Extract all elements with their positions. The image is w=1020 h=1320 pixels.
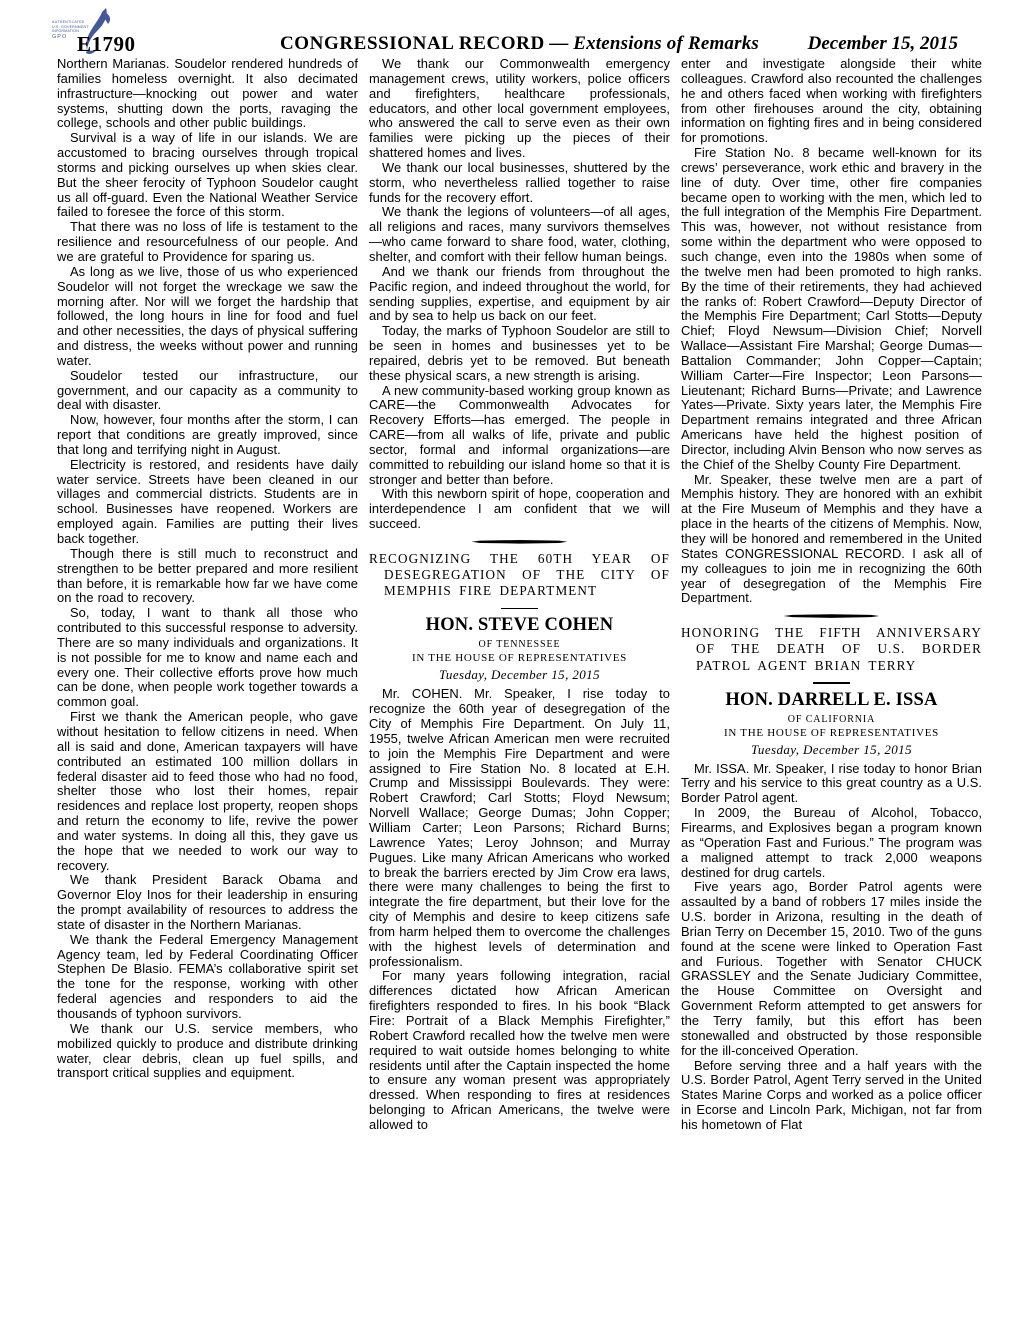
member-state: OF CALIFORNIA: [681, 714, 982, 725]
running-head: E1790 CONGRESSIONAL RECORD — Extensions …: [57, 30, 982, 58]
heading-rule: [501, 608, 538, 610]
article-separator: [472, 540, 568, 544]
paragraph: enter and investigate alongside their wh…: [681, 57, 982, 146]
title-dash: —: [545, 33, 573, 54]
member-state: OF TENNESSEE: [369, 639, 670, 650]
column-1: Northern Marianas. Soudelor rendered hun…: [57, 57, 358, 1319]
paragraph: We thank the Federal Emergency Managemen…: [57, 933, 358, 1022]
paragraph: We thank President Barack Obama and Gove…: [57, 873, 358, 932]
paragraph: Five years ago, Border Patrol agents wer…: [681, 880, 982, 1058]
paragraph: So, today, I want to thank all those who…: [57, 606, 358, 710]
paragraph: Though there is still much to reconstruc…: [57, 547, 358, 606]
member-name: HON. STEVE COHEN: [369, 615, 670, 636]
issue-date: December 15, 2015: [808, 33, 958, 55]
paragraph: Mr. COHEN. Mr. Speaker, I rise today to …: [369, 687, 670, 969]
column-3: enter and investigate alongside their wh…: [681, 57, 982, 1319]
paragraph: Now, however, four months after the stor…: [57, 413, 358, 458]
title-main: CONGRESSIONAL RECORD: [280, 33, 545, 54]
member-name: HON. DARRELL E. ISSA: [681, 690, 982, 711]
chamber-line: IN THE HOUSE OF REPRESENTATIVES: [681, 727, 982, 739]
column-2: We thank our Commonwealth emergency mana…: [369, 57, 670, 1319]
title-section: Extensions of Remarks: [573, 33, 759, 54]
paragraph: With this newborn spirit of hope, cooper…: [369, 487, 670, 532]
session-date: Tuesday, December 15, 2015: [681, 742, 982, 758]
paragraph: Survival is a way of life in our islands…: [57, 131, 358, 220]
paragraph: As long as we live, those of us who expe…: [57, 265, 358, 369]
session-date: Tuesday, December 15, 2015: [369, 667, 670, 683]
paragraph: We thank our Commonwealth emergency mana…: [369, 57, 670, 161]
heading-rule: [813, 682, 850, 684]
paragraph: Today, the marks of Typhoon Soudelor are…: [369, 324, 670, 383]
paragraph: We thank the legions of volunteers—of al…: [369, 205, 670, 264]
paragraph: Electricity is restored, and residents h…: [57, 458, 358, 547]
paragraph: For many years following integration, ra…: [369, 969, 670, 1132]
paragraph: A new community-based working group know…: [369, 384, 670, 488]
chamber-line: IN THE HOUSE OF REPRESENTATIVES: [369, 652, 670, 664]
congressional-record-page: AUTHENTICATED U.S. GOVERNMENT INFORMATIO…: [0, 0, 1020, 1320]
article-separator: [784, 614, 880, 618]
paragraph: We thank our U.S. service members, who m…: [57, 1022, 358, 1081]
paragraph: Mr. Speaker, these twelve men are a part…: [681, 473, 982, 607]
paragraph: And we thank our friends from throughout…: [369, 265, 670, 324]
paragraph: Fire Station No. 8 became well-known for…: [681, 146, 982, 473]
article-heading: RECOGNIZING THE 60TH YEAR OF DESEGREGATI…: [369, 551, 670, 600]
paragraph: That there was no loss of life is testam…: [57, 220, 358, 265]
paragraph: Northern Marianas. Soudelor rendered hun…: [57, 57, 358, 131]
paragraph: Mr. ISSA. Mr. Speaker, I rise today to h…: [681, 762, 982, 807]
paragraph: Before serving three and a half years wi…: [681, 1059, 982, 1133]
paragraph: Soudelor tested our infrastructure, our …: [57, 369, 358, 414]
paragraph: We thank our local businesses, shuttered…: [369, 161, 670, 206]
paragraph: In 2009, the Bureau of Alcohol, Tobacco,…: [681, 806, 982, 880]
paragraph: First we thank the American people, who …: [57, 710, 358, 873]
article-heading: HONORING THE FIFTH ANNIVERSARY OF THE DE…: [681, 625, 982, 674]
